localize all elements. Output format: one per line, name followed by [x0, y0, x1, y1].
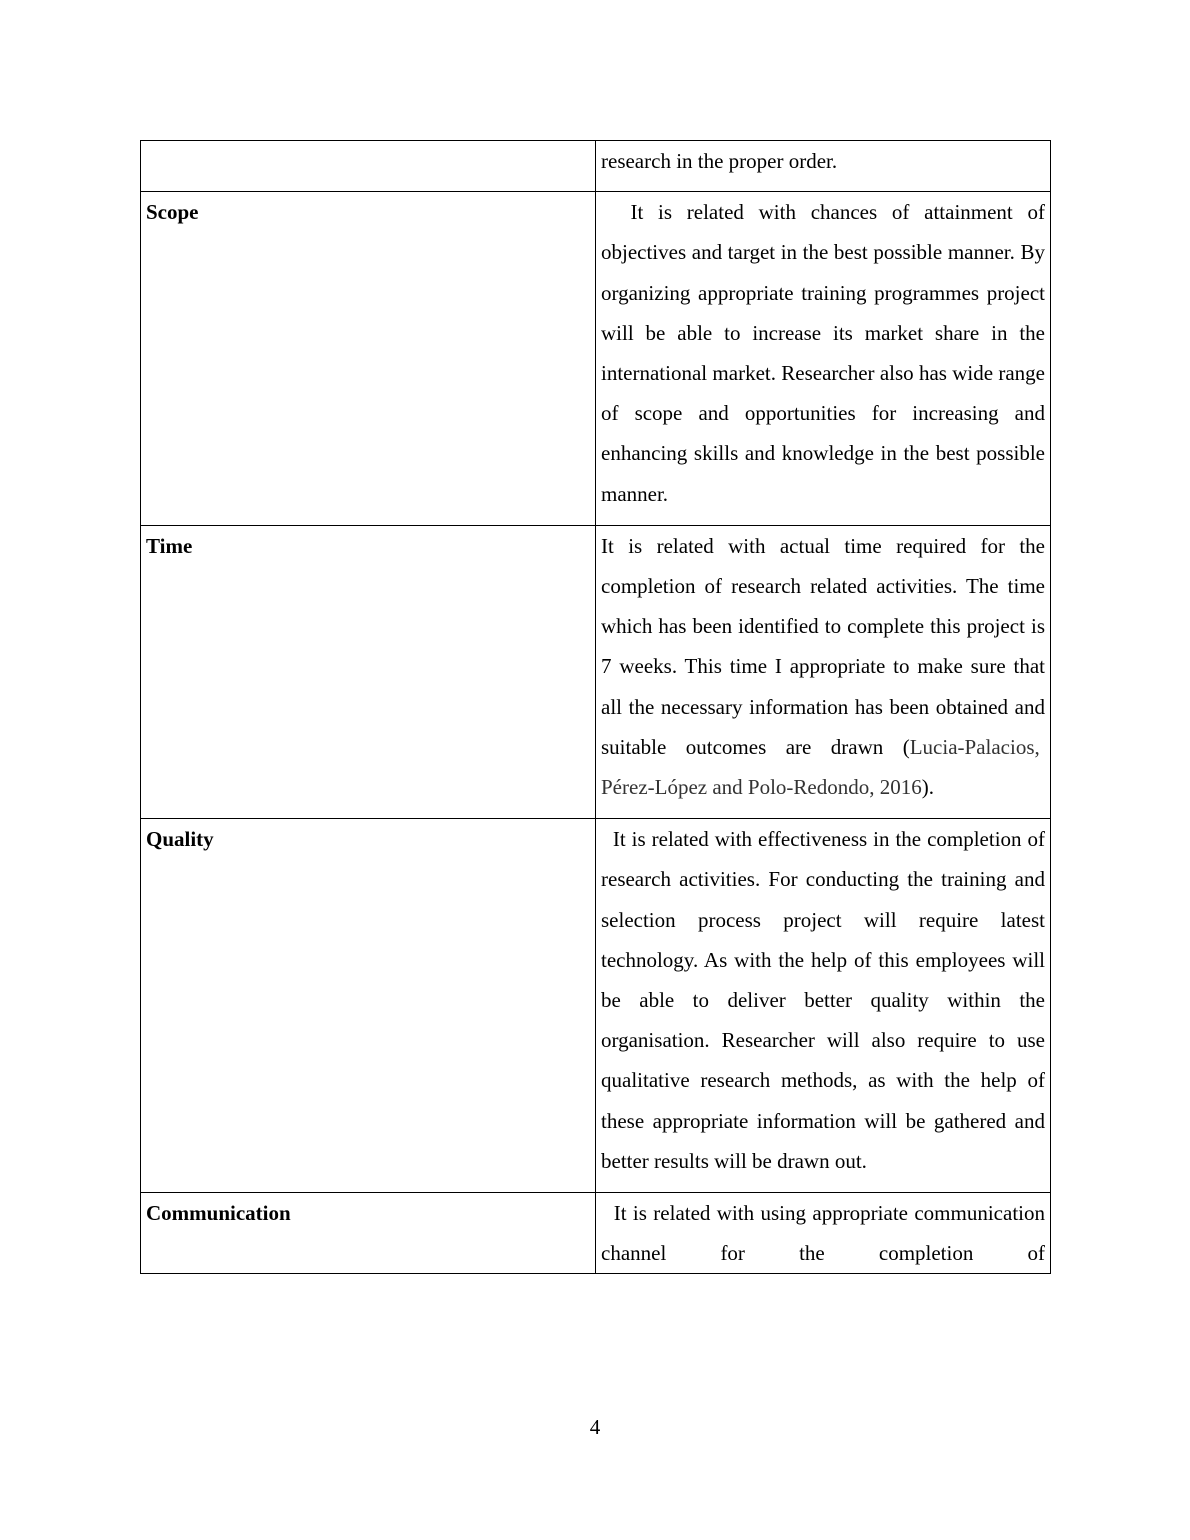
- description-text: It is related with actual time required …: [601, 526, 1045, 818]
- table-row: Time It is related with actual time requ…: [141, 525, 1051, 818]
- row-description: It is related with actual time required …: [596, 525, 1051, 818]
- row-label: Scope: [141, 192, 596, 526]
- row-label: [141, 141, 596, 192]
- project-constraints-table: research in the proper order. Scope It i…: [140, 140, 1051, 1274]
- row-label: Quality: [141, 819, 596, 1193]
- table-row: Scope It is related with chances of atta…: [141, 192, 1051, 526]
- row-description: It is related with effectiveness in the …: [596, 819, 1051, 1193]
- description-text: It is related with using appropriate com…: [601, 1193, 1045, 1273]
- description-text-part: ).: [922, 775, 934, 799]
- row-description: It is related with chances of attainment…: [596, 192, 1051, 526]
- table-row: Quality It is related with effectiveness…: [141, 819, 1051, 1193]
- description-text-part: It is related with actual time required …: [601, 534, 1045, 759]
- row-label: Time: [141, 525, 596, 818]
- row-label: Communication: [141, 1193, 596, 1274]
- page-number: 4: [0, 1415, 1190, 1440]
- description-text: It is related with chances of attainment…: [601, 192, 1045, 525]
- description-text: research in the proper order.: [601, 141, 1045, 191]
- description-text: It is related with effectiveness in the …: [601, 819, 1045, 1192]
- row-description: It is related with using appropriate com…: [596, 1193, 1051, 1274]
- row-description: research in the proper order.: [596, 141, 1051, 192]
- table-row: research in the proper order.: [141, 141, 1051, 192]
- document-page: research in the proper order. Scope It i…: [0, 0, 1190, 1540]
- table-row: Communication It is related with using a…: [141, 1193, 1051, 1274]
